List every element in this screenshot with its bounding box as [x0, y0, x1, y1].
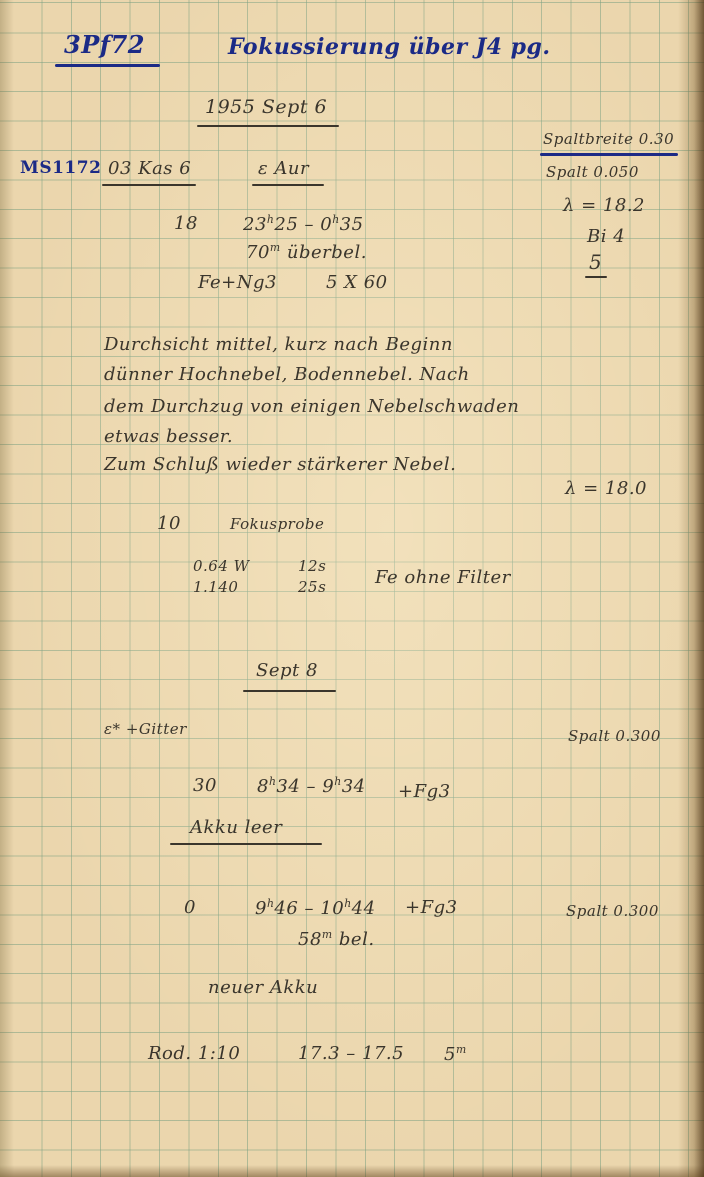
exposure-time: 23h25 – 0h35: [243, 213, 364, 235]
entry-2b-exposure-time: 9h46 – 10h44: [255, 897, 376, 919]
entry-2-spalt-1: Spalt 0.300: [568, 727, 661, 745]
catalog-number: MS1172: [20, 158, 101, 178]
comparison-exposure: 5 X 60: [326, 272, 388, 293]
focus-note: Fe ohne Filter: [375, 567, 511, 588]
plate-box: 03 Kas 6: [108, 158, 191, 179]
page-title: Fokussierung über J4 pg.: [228, 34, 551, 60]
entry-2b-duration: 58m bel.: [298, 928, 375, 950]
e2b-start-m: 46: [274, 898, 298, 919]
lambda-end: λ = 18.0: [565, 478, 647, 499]
plate-box-underline: [102, 184, 196, 186]
entry-2b-comparison: +Fg3: [405, 897, 458, 918]
entry-2-date-underline: [243, 690, 336, 692]
remark-line-2: dünner Hochnebel, Bodennebel. Nach: [104, 364, 470, 385]
entry-2-comparison: +Fg3: [398, 781, 451, 802]
e2b-end-m: 44: [352, 898, 376, 919]
time-start-m: 25: [274, 214, 298, 235]
focus-test-number: 10: [157, 513, 181, 534]
spalt-value: Spalt 0.050: [546, 163, 639, 181]
plate-id: 3Pf72: [64, 30, 145, 59]
e2b-duration-unit: m: [322, 928, 333, 941]
entry-2-spalt-2: Spalt 0.300: [566, 902, 659, 920]
remark-line-5: Zum Schluß wieder stärkerer Nebel.: [104, 454, 456, 475]
akku-leer-underline: [170, 843, 322, 845]
e2-end-m: 34: [342, 776, 366, 797]
akku-leer-note: Akku leer: [190, 817, 282, 838]
plate-id-underline: [55, 64, 160, 67]
comparison-source: Fe+Ng3: [198, 272, 277, 293]
focus-row-1-time: 12s: [298, 557, 326, 575]
time-sep: –: [305, 214, 315, 235]
exposure-number: 18: [174, 213, 198, 234]
entry-2-exposure-time: 8h34 – 9h34: [257, 775, 366, 797]
rod-range: 17.3 – 17.5: [298, 1043, 404, 1064]
entry-2b-exposure-number: 0: [184, 897, 196, 918]
bi-value: Bi 4: [587, 226, 625, 247]
entry-1-date: 1955 Sept 6: [205, 96, 327, 118]
remark-line-3: dem Durchzug von einigen Nebelschwaden: [104, 396, 519, 417]
duration-note: überbel.: [287, 242, 367, 263]
remark-line-4: etwas besser.: [104, 426, 233, 447]
entry-1-date-underline: [197, 125, 339, 127]
object-underline: [252, 184, 324, 186]
e2-start-m: 34: [276, 776, 300, 797]
entry-2-date: Sept 8: [256, 660, 318, 681]
rod-duration: 5m: [444, 1043, 467, 1065]
e2b-start-h: 9: [255, 898, 267, 919]
e2b-duration-note: bel.: [339, 929, 375, 950]
e2b-duration-value: 58: [298, 929, 322, 950]
remark-line-1: Durchsicht mittel, kurz nach Beginn: [104, 334, 453, 355]
entry-2-object: ε* +Gitter: [104, 720, 187, 738]
exposure-duration: 70m überbel.: [246, 241, 367, 263]
lambda-value: λ = 18.2: [563, 195, 645, 216]
focus-row-2-value: 1.140: [193, 578, 238, 596]
duration-unit: m: [270, 241, 281, 254]
object-name: ε Aur: [258, 158, 309, 179]
notebook-page: 3Pf72 Fokussierung über J4 pg. 1955 Sept…: [0, 0, 704, 1177]
spaltbreite-label: Spaltbreite 0.30: [543, 130, 674, 148]
five-underline: [585, 276, 607, 278]
duration-value: 70: [246, 242, 270, 263]
time-end-m: 35: [340, 214, 364, 235]
e2-start-h: 8: [257, 776, 269, 797]
rod-duration-value: 5: [444, 1044, 456, 1065]
rod-duration-unit: m: [456, 1043, 467, 1056]
e2b-end-h: 10: [320, 898, 344, 919]
neuer-akku-note: neuer Akku: [208, 977, 318, 998]
entry-2-exposure-number: 30: [193, 775, 217, 796]
e2-end-h: 9: [322, 776, 334, 797]
focus-row-1-value: 0.64 W: [193, 557, 250, 575]
rod-label: Rod. 1:10: [148, 1043, 240, 1064]
focus-row-2-time: 25s: [298, 578, 326, 596]
five-value: 5: [589, 250, 602, 274]
time-end-h: 0: [320, 214, 332, 235]
spaltbreite-underline: [540, 153, 678, 156]
time-start-h: 23: [243, 214, 267, 235]
focus-test-label: Fokusprobe: [230, 515, 324, 533]
